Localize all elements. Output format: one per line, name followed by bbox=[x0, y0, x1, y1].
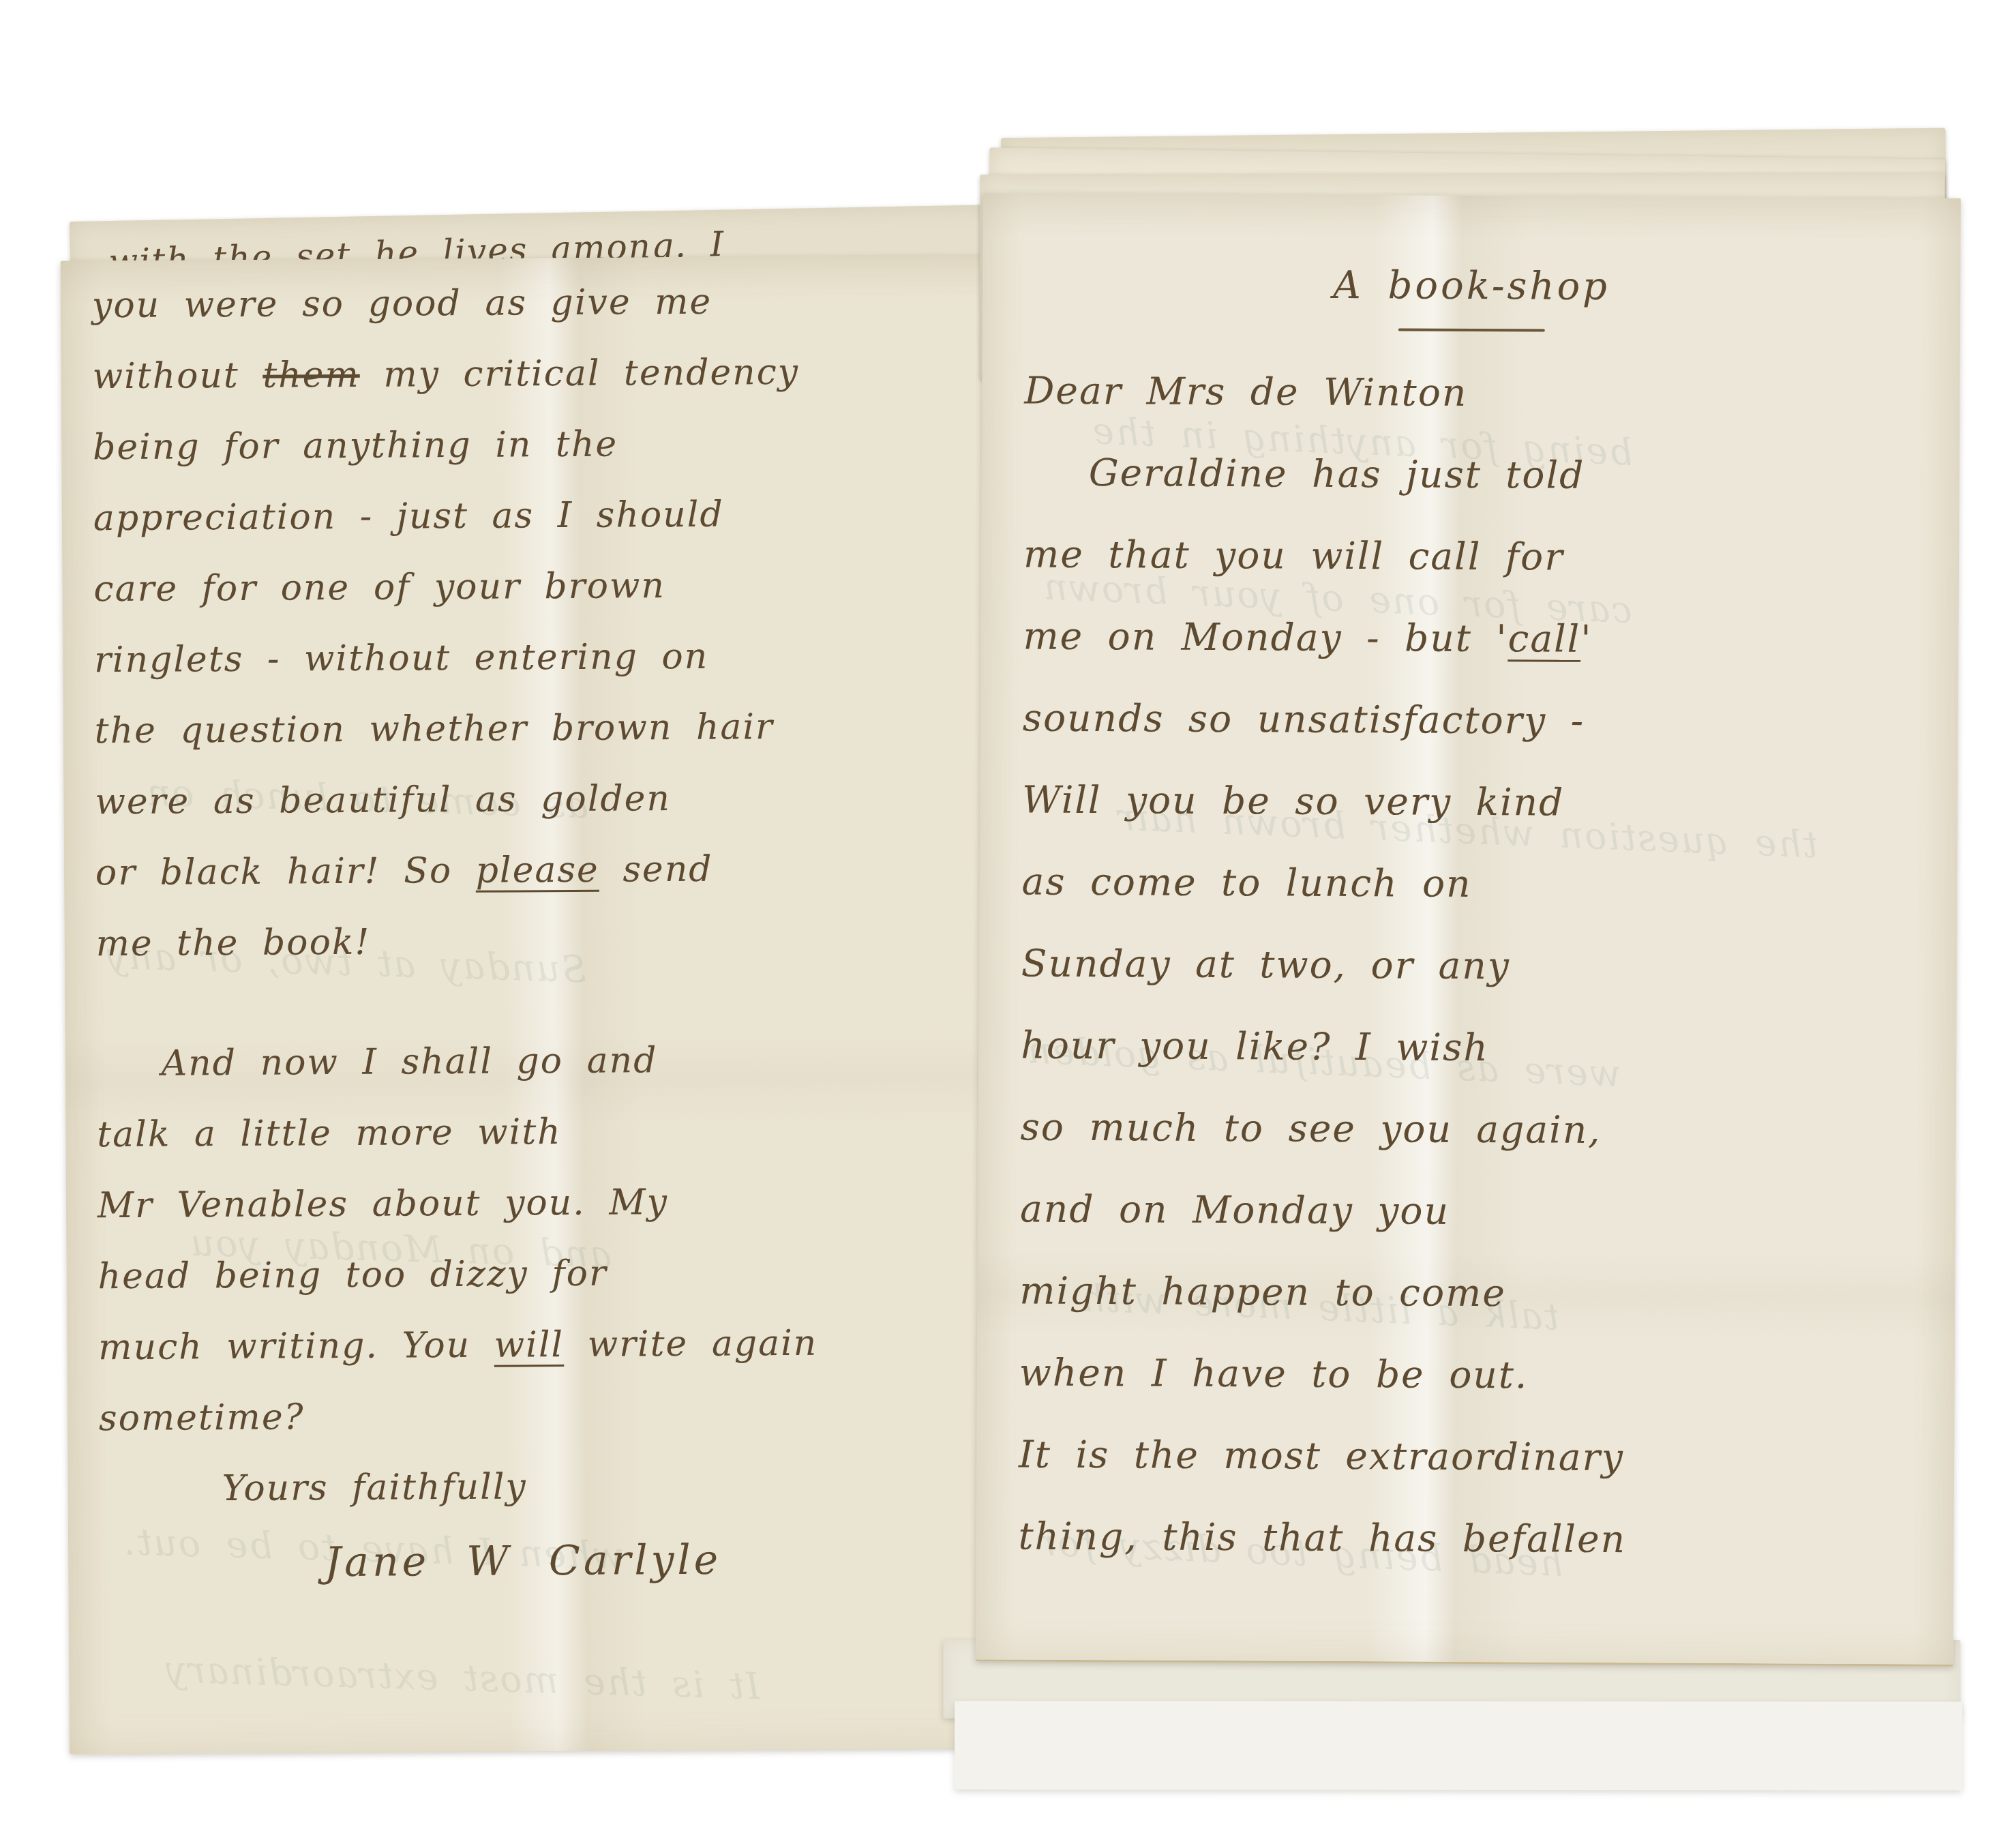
letter-line: being for anything in the bbox=[93, 421, 1059, 498]
letter-line: the question whether brown hair bbox=[95, 705, 1061, 782]
underlined-word: will bbox=[494, 1324, 565, 1366]
heading-underline bbox=[1398, 328, 1544, 331]
right-letter-stack: being for anything in the care for one o… bbox=[974, 131, 1975, 1819]
underlined-word: call bbox=[1507, 616, 1580, 661]
signature: Jane W Carlyle bbox=[100, 1534, 1066, 1611]
letter-line: you were so good as give me bbox=[92, 280, 1058, 357]
letter-line: Sunday at two, or any bbox=[1021, 942, 1957, 1028]
salutation-line: Dear Mrs de Winton bbox=[1024, 369, 1960, 456]
heading-text: A book-shop bbox=[982, 261, 1960, 311]
right-letter-body: Dear Mrs de Winton Geraldine has just to… bbox=[976, 368, 1960, 1600]
letter-line: And now I shall go and bbox=[97, 1038, 1063, 1115]
letter-line: so much to see you again, bbox=[1020, 1105, 1956, 1192]
letter-line: thing, this that has befallen bbox=[1018, 1515, 1954, 1601]
letter-line: hour you like? I wish bbox=[1021, 1024, 1957, 1110]
letter-line: Geraldine has just told bbox=[1023, 451, 1960, 537]
letter-line: me on Monday - but 'call' bbox=[1023, 614, 1959, 701]
letter-line: without them my critical tendency bbox=[92, 351, 1058, 428]
letter-line: head being too dizzy for bbox=[97, 1251, 1064, 1328]
left-letter-body: you were so good as give me without them… bbox=[61, 255, 1066, 1611]
letter-heading: A book-shop bbox=[982, 261, 1960, 334]
letter-line: Will you be so very kind bbox=[1022, 778, 1958, 865]
letter-line: It is the most extraordinary bbox=[1019, 1433, 1955, 1519]
letter-line: when I have to be out. bbox=[1019, 1351, 1955, 1437]
right-front-sheet: being for anything in the care for one o… bbox=[976, 193, 1961, 1666]
underlined-word: please bbox=[475, 850, 599, 891]
letter-line: appreciation - just as I should bbox=[93, 492, 1060, 569]
letter-line: were as beautiful as golden bbox=[95, 776, 1061, 853]
closing-line: Yours faithfully bbox=[99, 1463, 1065, 1540]
letter-line: me that you will call for bbox=[1023, 533, 1960, 619]
letter-line: care for one of your brown bbox=[93, 563, 1060, 640]
letter-line: sounds so unsatisfactory - bbox=[1022, 696, 1958, 783]
letter-line: might happen to come bbox=[1019, 1269, 1955, 1356]
letter-line: talk a little more with bbox=[97, 1109, 1063, 1186]
letter-line: sometime? bbox=[99, 1392, 1065, 1470]
letter-line: Mr Venables about you. My bbox=[97, 1180, 1064, 1257]
letter-line: ringlets - without entering on bbox=[94, 634, 1060, 711]
struck-word: them bbox=[262, 355, 360, 396]
letter-line: or black hair! So please send bbox=[95, 847, 1062, 924]
right-under-sheet-2 bbox=[955, 1701, 1962, 1790]
letter-line: much writing. You will write again bbox=[98, 1322, 1064, 1399]
letter-line: as come to lunch on bbox=[1021, 860, 1957, 947]
left-front-sheet: as come to lunch on Sunday at two, or an… bbox=[61, 255, 1066, 1755]
letter-line: and on Monday you bbox=[1020, 1187, 1956, 1274]
letter-line: me the book! bbox=[95, 918, 1062, 995]
left-letter-stack: with the set he lives among. I as come t… bbox=[58, 194, 1074, 1785]
